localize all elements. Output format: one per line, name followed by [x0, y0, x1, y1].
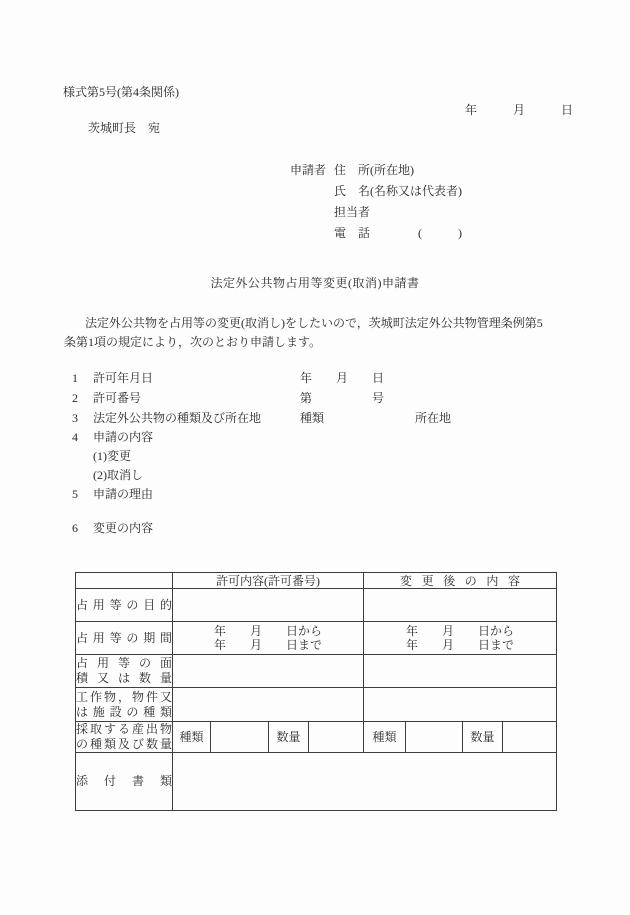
applicant-phone-label: 電 話 ( ) — [290, 223, 462, 244]
item-number: 4 — [72, 431, 78, 443]
period-from: 年 月 日から — [173, 624, 363, 638]
document-title: 法定外公共物占用等変更(取消)申請書 — [0, 277, 630, 289]
date-line: 年 月 日 — [465, 104, 573, 116]
item-label: 申請の理由 — [93, 488, 153, 500]
item-label: 許可番号 — [93, 392, 141, 404]
products-quantity-value-after — [503, 722, 557, 753]
body-line: 条第1項の規定により，次のとおり申請します。 — [64, 333, 568, 352]
products-kind-label-after: 種類 — [364, 722, 406, 753]
item-value: 第 号 — [300, 392, 384, 404]
products-kind-value-after — [406, 722, 463, 753]
list-item-permit-number: 2 許可番号 第 号 — [0, 392, 630, 406]
cell-purpose-after — [364, 589, 557, 622]
row-label-purpose: 占用等の目的 — [76, 589, 173, 622]
applicant-label: 申請者 — [290, 163, 326, 177]
sub-item-label: (1)変更 — [93, 450, 131, 462]
col-header-permit-content: 許可内容(許可番号) — [173, 573, 364, 589]
list-item-permit-date: 1 許可年月日 年 月 日 — [0, 372, 630, 386]
item-label: 変更の内容 — [93, 522, 153, 534]
col-header-after-change: 変更後の内容 — [364, 573, 557, 589]
applicant-name-label: 氏 名(名称又は代表者) — [290, 181, 462, 202]
cell-period-after: 年 月 日から 年 月 日まで — [364, 622, 557, 655]
products-kind-label-permit: 種類 — [173, 722, 211, 753]
table-corner-cell — [76, 573, 173, 589]
item-number: 1 — [72, 372, 78, 384]
applicant-contact-label: 担当者 — [290, 202, 462, 223]
item-label: 許可年月日 — [93, 372, 153, 384]
item-number: 5 — [72, 488, 78, 500]
row-label-period: 占用等の期間 — [76, 622, 173, 655]
applicant-address-line: 申請者住 所(所在地) — [290, 160, 462, 181]
cell-period-permit: 年 月 日から 年 月 日まで — [173, 622, 364, 655]
body-line: 法定外公共物を占用等の変更(取消し)をしたいので，茨城町法定外公共物管理条例第5 — [64, 314, 568, 333]
item-value-kind: 種類 — [300, 412, 324, 424]
products-quantity-value-permit — [309, 722, 364, 753]
col-header-after-change-text: 変更後の内容 — [400, 574, 530, 588]
list-item-change-content: 6 変更の内容 — [0, 522, 630, 536]
cell-structures-after — [364, 688, 557, 722]
products-kind-value-permit — [211, 722, 269, 753]
row-label-structures: 工作物，物件又 は施設の種類 — [76, 688, 173, 722]
cell-attachments — [173, 753, 557, 811]
products-quantity-label-permit: 数量 — [269, 722, 309, 753]
cell-area-permit — [173, 655, 364, 688]
row-label-attachments: 添付書類 — [76, 753, 173, 811]
item-value: 年 月 日 — [300, 372, 384, 384]
list-item-application-content: 4 申請の内容 — [0, 431, 630, 445]
cell-structures-permit — [173, 688, 364, 722]
item-number: 3 — [72, 412, 78, 424]
item-label: 申請の内容 — [93, 431, 153, 443]
cell-purpose-permit — [173, 589, 364, 622]
list-item-application-reason: 5 申請の理由 — [0, 488, 630, 502]
period-to: 年 月 日まで — [173, 638, 363, 652]
item-label: 法定外公共物の種類及び所在地 — [93, 412, 261, 424]
sub-item-cancel: (2)取消し — [0, 469, 630, 483]
form-number: 様式第5号(第4条関係) — [63, 86, 179, 98]
cell-area-after — [364, 655, 557, 688]
period-to: 年 月 日まで — [364, 638, 556, 652]
item-number: 2 — [72, 392, 78, 404]
body-paragraph: 法定外公共物を占用等の変更(取消し)をしたいので，茨城町法定外公共物管理条例第5… — [64, 314, 568, 351]
addressee: 茨城町長 宛 — [88, 122, 160, 134]
row-label-products: 採取する産出物 の種類及び数量 — [76, 722, 173, 753]
document-page: 様式第5号(第4条関係) 年 月 日 茨城町長 宛 申請者住 所(所在地) 氏 … — [0, 0, 630, 915]
item-number: 6 — [72, 522, 78, 534]
sub-item-change: (1)変更 — [0, 450, 630, 464]
row-label-area-quantity: 占用等の面 積又は数量 — [76, 655, 173, 688]
item-value-location: 所在地 — [415, 412, 451, 424]
applicant-address-label: 住 所(所在地) — [334, 163, 414, 177]
change-details-table: 許可内容(許可番号) 変更後の内容 占用等の目的 占用等の期間 年 月 日から … — [75, 572, 557, 811]
list-item-property-kind-location: 3 法定外公共物の種類及び所在地 種類 所在地 — [0, 412, 630, 426]
sub-item-label: (2)取消し — [93, 469, 143, 481]
products-quantity-label-after: 数量 — [463, 722, 503, 753]
period-from: 年 月 日から — [364, 624, 556, 638]
applicant-block: 申請者住 所(所在地) 氏 名(名称又は代表者) 担当者 電 話 ( ) — [290, 160, 462, 244]
